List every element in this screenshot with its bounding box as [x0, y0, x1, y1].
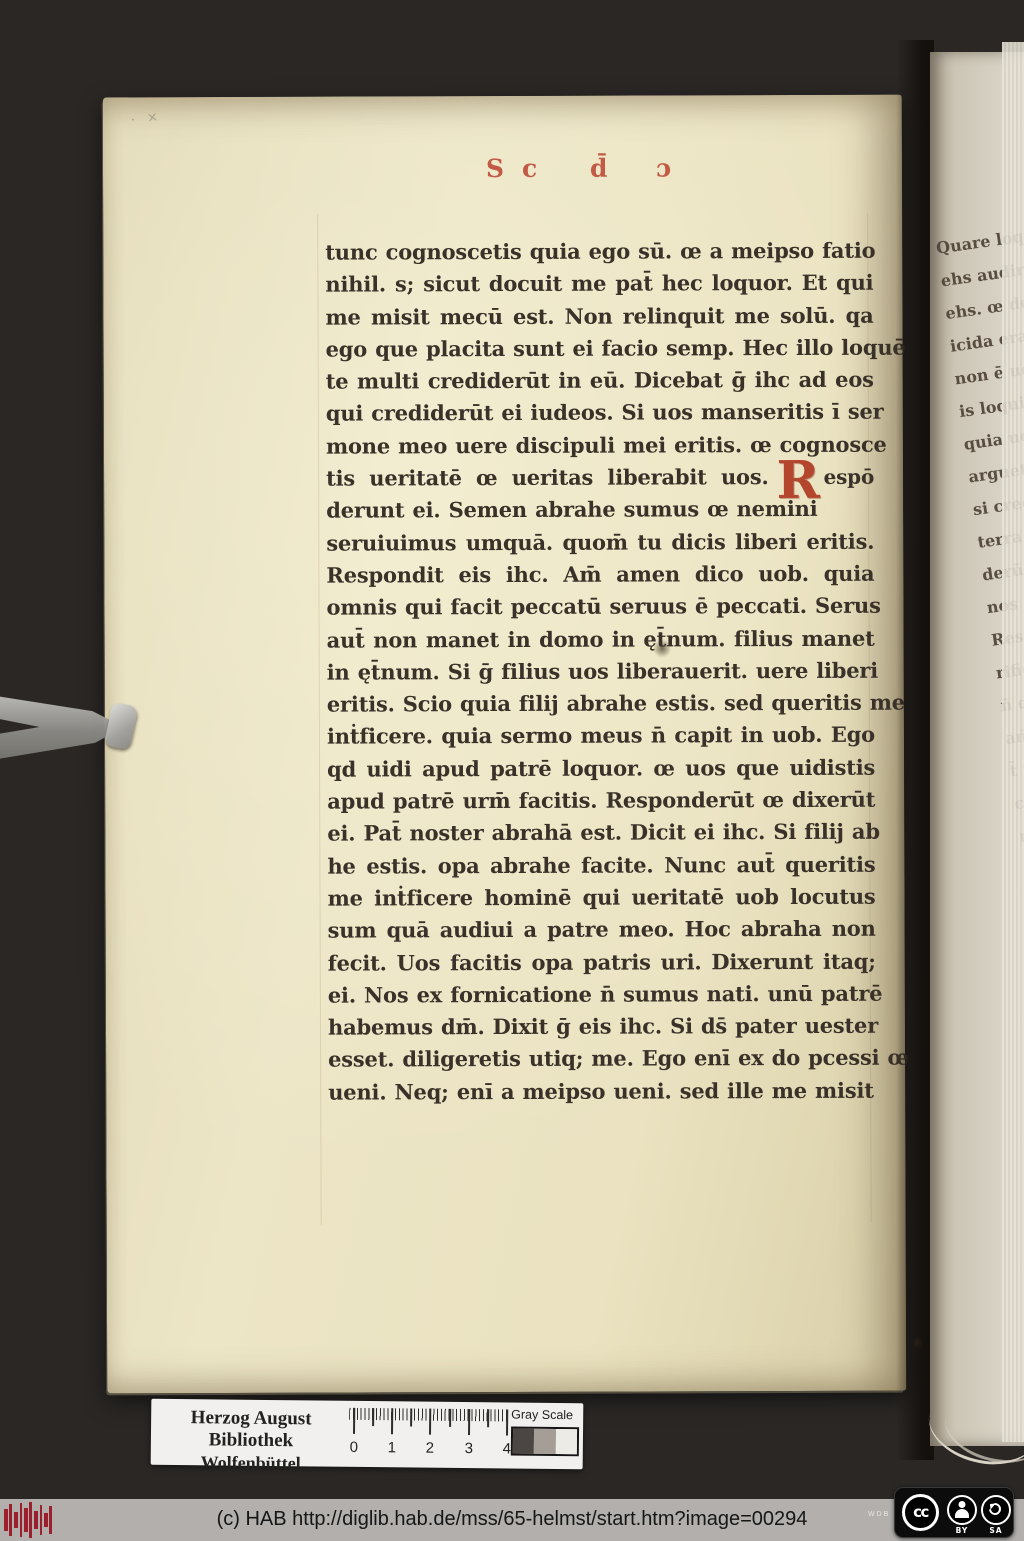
text-line: eritis. Scio quia filij abrahe estis. se… [327, 687, 875, 721]
text-line: apud patrē urm̄ facitis. Responderūt œ d… [327, 784, 875, 818]
manuscript-page: · × S c d̄ ɔ tunc cognoscetis quia ego s… [103, 95, 907, 1394]
gray-swatch-light [555, 1429, 577, 1454]
ruler-major-tick [506, 1409, 508, 1435]
library-name-line2: Wolfenbüttel [155, 1451, 347, 1475]
ruler-number: 1 [388, 1439, 397, 1456]
text-line: qui crediderūt ei iudeos. Si uos manseri… [326, 396, 874, 430]
text-line: me misit mecū est. Non relinquit me solū… [325, 299, 873, 333]
ruler-number: 2 [426, 1440, 435, 1457]
bookmark-holder [0, 688, 150, 772]
digitization-watermark: WDB [868, 1511, 890, 1518]
library-name: Herzog August Bibliothek Wolfenbüttel [155, 1407, 348, 1475]
book-gutter-shadow [896, 40, 934, 1460]
rubric-glyph: ɔ [656, 153, 671, 182]
ruler-half-tick [487, 1409, 489, 1427]
text-line: esset. diligeretis utiq; me. Ego enī ex … [328, 1042, 876, 1076]
text-line: ei. Nos ex fornicatione n̄ sumus nati. u… [328, 978, 876, 1012]
text-line: seruiuimus umquā. quom̄ tu dicis liberi … [326, 525, 874, 559]
text-line: habemus dm̄. Dixit ḡ eis ihc. Si ds̄ pat… [328, 1010, 876, 1044]
text-line: omnis qui facit peccatū seruus ē peccati… [326, 590, 874, 624]
text-line: he estis. opa abrahe facite. Nunc aut̄ q… [327, 848, 875, 882]
manuscript-text-block: tunc cognoscetis quia ego sū. œ a meipso… [325, 235, 876, 1109]
ruler-major-tick [391, 1408, 393, 1434]
ruler-number: 3 [465, 1440, 474, 1457]
cm-ruler: 0 1 2 3 4 [349, 1407, 512, 1465]
text-line: te multi crediderūt in eū. Dicebat ḡ ihc… [326, 364, 874, 398]
cc-sa-arrow-icon [981, 1495, 1011, 1525]
page-edge-stack [1002, 42, 1024, 1442]
rubric-glyph: S [486, 154, 504, 183]
text-line: Respondit eis ihc. Am̄ amen dico uob. qu… [326, 558, 874, 592]
ruler-half-tick [410, 1408, 412, 1426]
person-head [959, 1501, 966, 1508]
text-line-with-initial: tis ueritatē œ ueritas liberabit uos. R … [326, 461, 874, 495]
cc-sa-label: SA [981, 1526, 1011, 1535]
text-line: ego que placita sunt ei facio semp. Hec … [326, 332, 874, 366]
cc-by-person-icon [947, 1495, 977, 1525]
text-line: qd uidi apud patrē loquor. œ uos que uid… [327, 751, 875, 785]
rubric-glyph: d̄ [590, 154, 608, 183]
text-line: tunc cognoscetis quia ego sū. œ a meipso… [325, 235, 873, 269]
gray-swatch-mid [534, 1429, 556, 1454]
cc-license-badge: cc BY SA [894, 1487, 1014, 1538]
text-line: ei. Pat̄ noster abrahā est. Dicit ei ihc… [327, 816, 875, 850]
gray-scale-label: Gray Scale [511, 1408, 583, 1423]
ruler-major-tick [468, 1409, 470, 1435]
gray-scale-swatches [511, 1427, 579, 1457]
text-line: aut̄ non manet in domo in ęt̄num. filius… [327, 622, 875, 656]
text-line: in ęt̄num. Si ḡ filius uos liberauerit. … [327, 655, 875, 689]
library-name-line1: Herzog August Bibliothek [155, 1407, 347, 1453]
person-body [955, 1509, 969, 1518]
page-clip [104, 702, 139, 750]
ruler-major-tick [429, 1409, 431, 1435]
ruler-major-tick [353, 1408, 355, 1434]
text-line: fecit. Uos facitis opa patris uri. Dixer… [328, 945, 876, 979]
text-line: me inṫficere hominē qui ueritatē uob loc… [327, 881, 875, 915]
scale-bar-card: Herzog August Bibliothek Wolfenbüttel 0 … [151, 1399, 584, 1470]
text-line: tis ueritatē œ ueritas liberabit uos. [326, 461, 769, 495]
text-line: nihil. s; sicut docuit me pat̄ hec loquo… [325, 267, 873, 301]
digitized-manuscript-viewer: · × S c d̄ ɔ tunc cognoscetis quia ego s… [0, 0, 1024, 1541]
rubric-glyph: c [522, 154, 537, 183]
pencil-mark: · × [130, 109, 163, 128]
text-line: inṫficere. quia sermo meus n̄ capit in u… [327, 719, 875, 753]
gray-swatch-dark [513, 1429, 535, 1454]
ruler-half-tick [449, 1409, 451, 1427]
cc-by-label: BY [947, 1526, 977, 1535]
footer-strip: (c) HAB http://diglib.hab.de/mss/65-helm… [0, 1499, 1024, 1541]
text-fragment: espō [823, 461, 874, 493]
ruler-half-tick [372, 1408, 374, 1426]
text-line: ueni. Neq; enī a meipso ueni. sed ille m… [328, 1074, 876, 1108]
ruling-line-left [317, 215, 322, 1225]
cc-logo-icon: cc [902, 1494, 939, 1531]
rubricated-initial-R: R [776, 459, 819, 503]
ruler-number: 0 [350, 1439, 359, 1456]
text-line: sum quā audiui a patre meo. Hoc abraha n… [328, 913, 876, 947]
rubric-heading: S c d̄ ɔ [103, 153, 902, 190]
